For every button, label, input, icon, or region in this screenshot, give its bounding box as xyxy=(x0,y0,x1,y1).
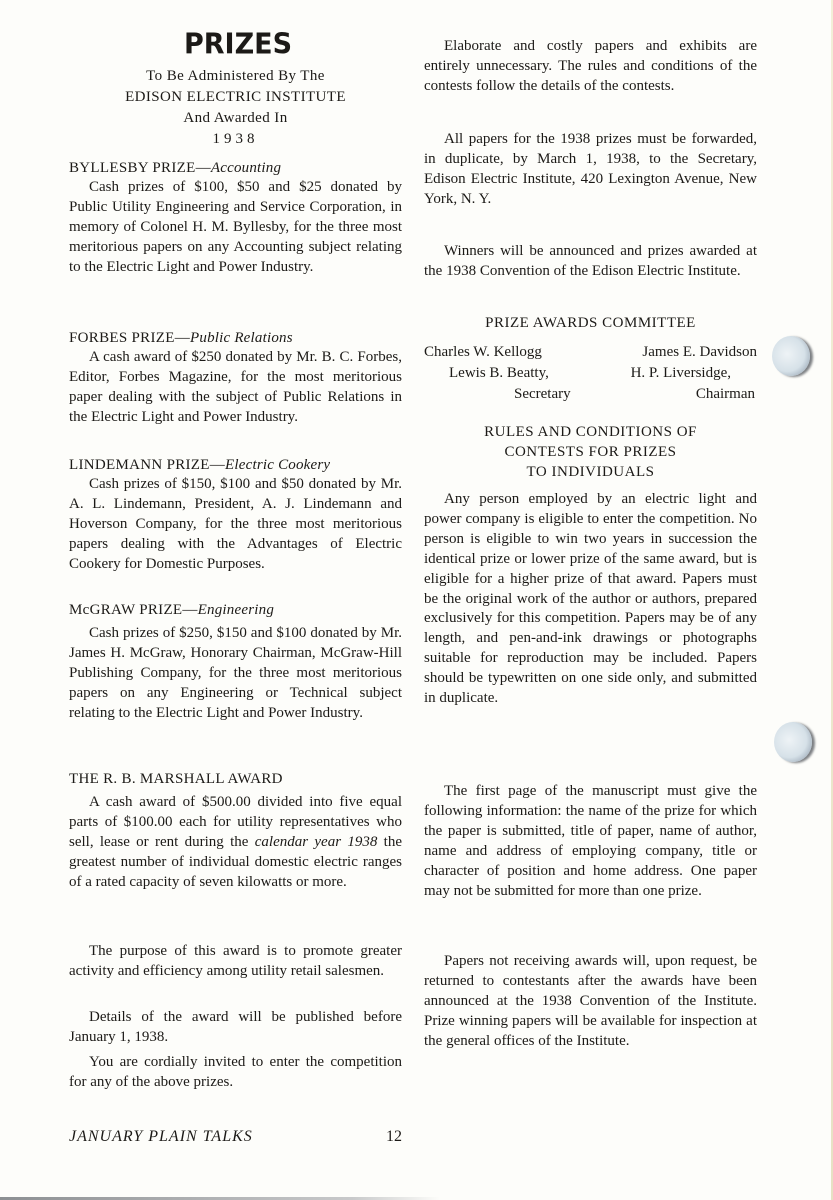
marshall-award-body: A cash award of $500.00 divided into fiv… xyxy=(69,793,402,893)
winners-paragraph: Winners will be announced and prizes awa… xyxy=(424,242,757,282)
rules-return-paragraph: Papers not receiving awards will, upon r… xyxy=(424,952,757,1052)
lindemann-prize-section: LINDEMANN PRIZE—Electric Cookery Cash pr… xyxy=(69,455,402,575)
punch-hole-icon xyxy=(774,722,812,762)
committee-role-secretary: Secretary xyxy=(514,384,571,405)
marshall-award-section: THE R. B. MARSHALL AWARD A cash award of… xyxy=(69,769,402,893)
marshall-purpose-paragraph: The purpose of this award is to promote … xyxy=(69,942,402,982)
committee-member-liversidge: H. P. Liversidge, xyxy=(631,363,731,384)
committee-member-kellogg: Charles W. Kellogg xyxy=(424,342,542,363)
page-number: 12 xyxy=(386,1128,402,1146)
subtitle-year: 1938 xyxy=(69,129,402,150)
committee-role-chairman: Chairman xyxy=(696,384,755,405)
committee-member-davidson: James E. Davidson xyxy=(642,342,757,363)
subtitle-line-2: EDISON ELECTRIC INSTITUTE xyxy=(69,87,402,108)
committee-row-1: Charles W. Kellogg James E. Davidson xyxy=(424,342,757,363)
lindemann-prize-heading: LINDEMANN PRIZE—Electric Cookery xyxy=(69,455,402,475)
forbes-prize-body: A cash award of $250 donated by Mr. B. C… xyxy=(69,348,402,428)
mcgraw-prize-body: Cash prizes of $250, $150 and $100 donat… xyxy=(69,624,402,724)
forbes-prize-section: FORBES PRIZE—Public Relations A cash awa… xyxy=(69,328,402,428)
subtitle-line-1: To Be Administered By The xyxy=(69,66,402,87)
document-page: PRIZES To Be Administered By The EDISON … xyxy=(0,0,833,1200)
forbes-prize-heading: FORBES PRIZE—Public Relations xyxy=(69,328,402,348)
committee-heading: PRIZE AWARDS COMMITTEE xyxy=(424,313,757,334)
page-title: PRIZES xyxy=(168,29,308,61)
subtitle-line-3: And Awarded In xyxy=(69,108,402,129)
subtitle: To Be Administered By The EDISON ELECTRI… xyxy=(69,66,402,150)
deadline-paragraph: All papers for the 1938 prizes must be f… xyxy=(424,130,757,210)
byllesby-prize-heading: BYLLESBY PRIZE—Accounting xyxy=(69,158,402,178)
prize-awards-committee: PRIZE AWARDS COMMITTEE Charles W. Kellog… xyxy=(424,313,757,405)
byllesby-prize-body: Cash prizes of $100, $50 and $25 donated… xyxy=(69,178,402,278)
invitation-paragraph: You are cordially invited to enter the c… xyxy=(69,1053,402,1093)
rules-eligibility-paragraph: Any person employed by an electric light… xyxy=(424,490,757,709)
committee-row-2: Lewis B. Beatty, H. P. Liversidge, xyxy=(424,363,757,384)
committee-member-beatty: Lewis B. Beatty, xyxy=(449,363,549,384)
elaborate-paragraph: Elaborate and costly papers and exhibits… xyxy=(424,37,757,97)
publication-name: JANUARY PLAIN TALKS xyxy=(69,1128,253,1146)
rules-heading: RULES AND CONDITIONS OF CONTESTS FOR PRI… xyxy=(424,422,757,482)
mcgraw-prize-heading: McGRAW PRIZE—Engineering xyxy=(69,600,402,620)
punch-hole-icon xyxy=(772,336,810,376)
rules-first-page-paragraph: The first page of the manuscript must gi… xyxy=(424,782,757,901)
marshall-award-heading: THE R. B. MARSHALL AWARD xyxy=(69,769,402,789)
byllesby-prize-section: BYLLESBY PRIZE—Accounting Cash prizes of… xyxy=(69,158,402,278)
lindemann-prize-body: Cash prizes of $150, $100 and $50 donate… xyxy=(69,475,402,575)
committee-row-3: Secretary Chairman xyxy=(424,384,757,405)
mcgraw-prize-section: McGRAW PRIZE—Engineering Cash prizes of … xyxy=(69,600,402,724)
marshall-details-paragraph: Details of the award will be published b… xyxy=(69,1008,402,1048)
